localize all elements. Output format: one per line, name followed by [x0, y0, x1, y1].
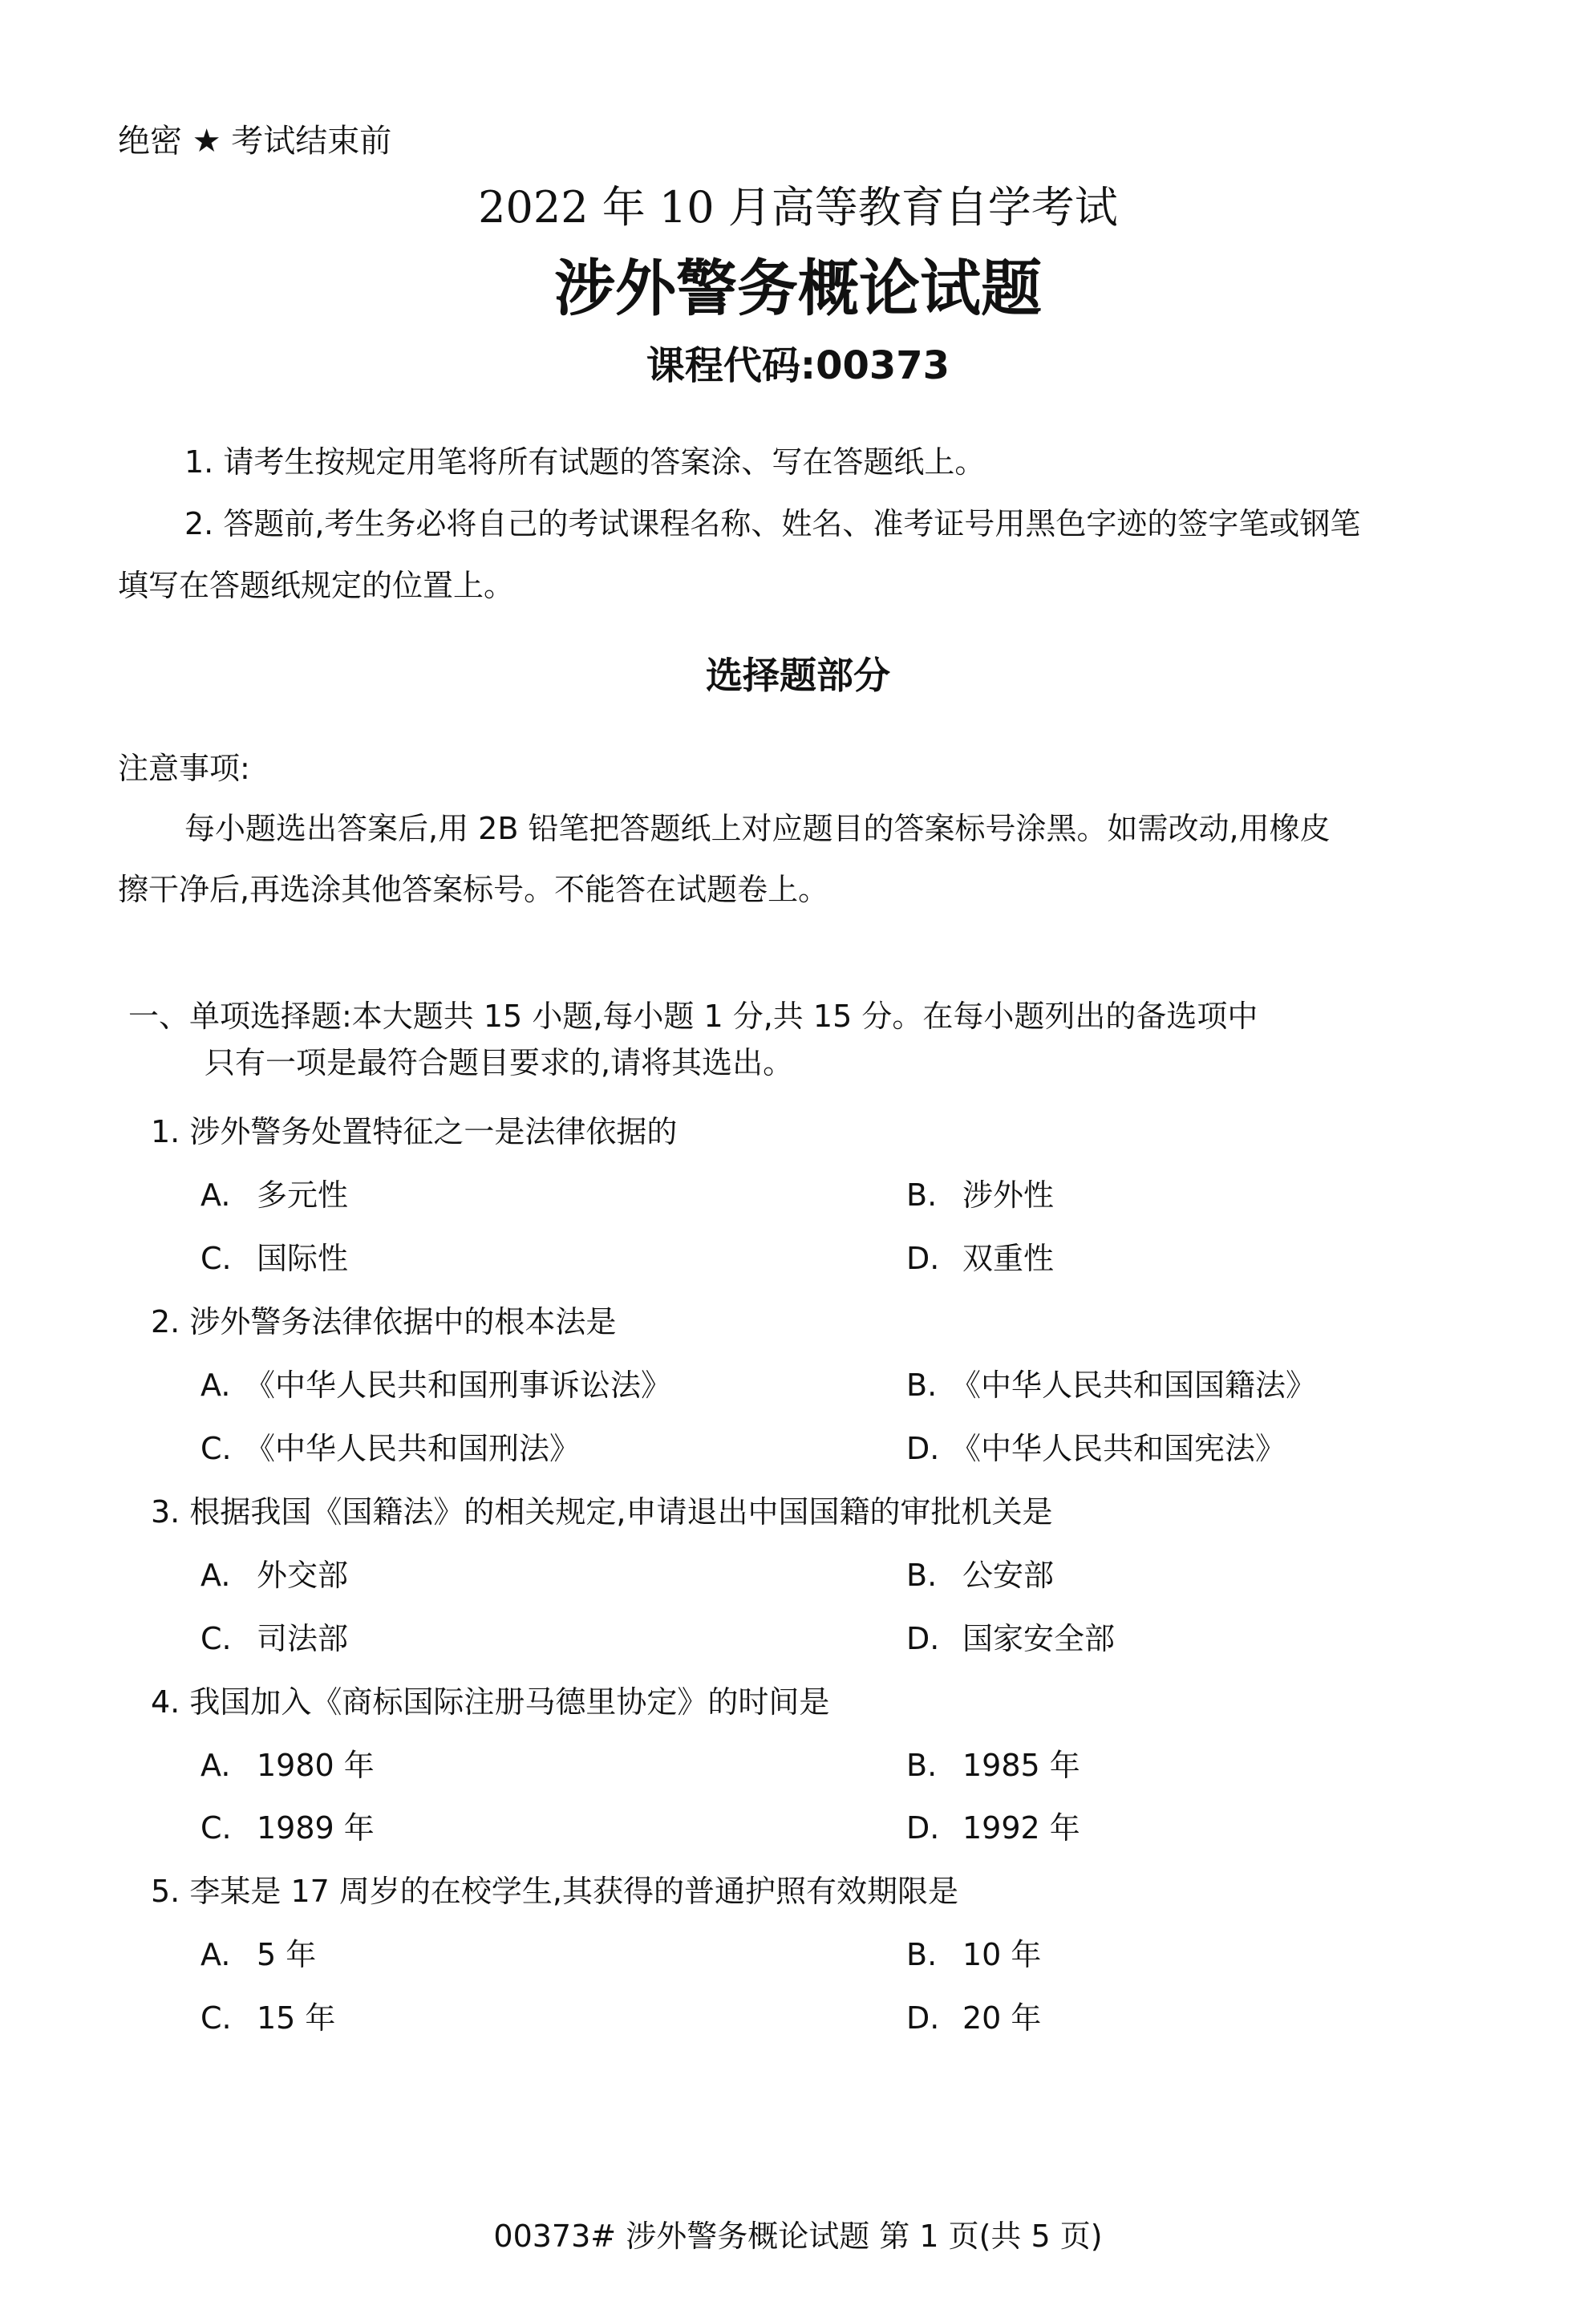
exam-session-line: 2022 年 10 月高等教育自学考试 — [0, 183, 1596, 233]
option-text: 双重性 — [962, 1241, 1054, 1276]
option-text: 5 年 — [257, 1937, 316, 1972]
option-label: A. — [201, 1367, 245, 1404]
part1-header-line2: 只有一项是最符合题目要求的,请将其选出。 — [205, 1044, 793, 1081]
option-2c: C.《中华人民共和国刑法》 — [201, 1430, 580, 1467]
option-text: 1992 年 — [962, 1810, 1080, 1846]
option-2d: D.《中华人民共和国宪法》 — [906, 1430, 1286, 1467]
option-label: D. — [906, 1620, 962, 1657]
option-1a: A.多元性 — [201, 1177, 348, 1214]
option-1b: B.涉外性 — [906, 1177, 1054, 1214]
option-2b: B.《中华人民共和国国籍法》 — [906, 1367, 1316, 1404]
option-label: B. — [906, 1177, 962, 1214]
option-label: D. — [906, 1430, 950, 1467]
option-label: B. — [906, 1367, 950, 1404]
option-label: D. — [906, 1240, 962, 1277]
option-text: 1980 年 — [257, 1748, 375, 1783]
page-title: 涉外警务概论试题 — [0, 255, 1596, 322]
option-label: C. — [201, 1809, 257, 1846]
option-1c: C.国际性 — [201, 1240, 348, 1277]
option-label: C. — [201, 1240, 257, 1277]
question-text: 涉外警务处置特征之一是法律依据的 — [189, 1114, 677, 1149]
section-title: 选择题部分 — [0, 654, 1596, 697]
option-4a: A.1980 年 — [201, 1747, 375, 1784]
option-label: A. — [201, 1747, 257, 1784]
instruction-item-1: 1. 请考生按规定用笔将所有试题的答案涂、写在答题纸上。 — [184, 444, 985, 480]
option-text: 15 年 — [257, 2000, 335, 2036]
question-2: 2. 涉外警务法律依据中的根本法是 — [151, 1303, 616, 1340]
question-number: 5. — [151, 1874, 180, 1909]
question-3: 3. 根据我国《国籍法》的相关规定,申请退出中国国籍的审批机关是 — [151, 1493, 1052, 1530]
option-label: C. — [201, 2000, 257, 2036]
option-3a: A.外交部 — [201, 1557, 348, 1594]
option-label: A. — [201, 1936, 257, 1973]
question-text: 李某是 17 周岁的在校学生,其获得的普通护照有效期限是 — [189, 1874, 958, 1909]
confidential-label: 绝密 ★ 考试结束前 — [118, 122, 391, 160]
question-number: 1. — [151, 1114, 180, 1149]
option-label: D. — [906, 1809, 962, 1846]
option-4d: D.1992 年 — [906, 1809, 1080, 1846]
option-4b: B.1985 年 — [906, 1747, 1080, 1784]
instruction-item-2: 2. 答题前,考生务必将自己的考试课程名称、姓名、准考证号用黑色字迹的签字笔或钢… — [184, 505, 1360, 542]
option-2a: A.《中华人民共和国刑事诉讼法》 — [201, 1367, 671, 1404]
option-label: D. — [906, 2000, 962, 2036]
question-5: 5. 李某是 17 周岁的在校学生,其获得的普通护照有效期限是 — [151, 1873, 958, 1910]
notice-text-line2: 擦干净后,再选涂其他答案标号。不能答在试题卷上。 — [118, 871, 828, 908]
option-text: 《中华人民共和国国籍法》 — [950, 1368, 1316, 1403]
question-text: 涉外警务法律依据中的根本法是 — [189, 1304, 616, 1339]
option-label: B. — [906, 1557, 962, 1594]
option-text: 20 年 — [962, 2000, 1041, 2036]
question-number: 4. — [151, 1684, 180, 1720]
option-text: 《中华人民共和国刑事诉讼法》 — [245, 1368, 671, 1403]
option-text: 《中华人民共和国刑法》 — [245, 1431, 580, 1466]
notice-text-line1: 每小题选出答案后,用 2B 铅笔把答题纸上对应题目的答案标号涂黑。如需改动,用橡… — [184, 810, 1331, 847]
option-label: C. — [201, 1430, 245, 1467]
option-4c: C.1989 年 — [201, 1809, 375, 1846]
option-text: 《中华人民共和国宪法》 — [950, 1431, 1286, 1466]
question-4: 4. 我国加入《商标国际注册马德里协定》的时间是 — [151, 1684, 829, 1720]
option-label: A. — [201, 1177, 257, 1214]
option-5a: A.5 年 — [201, 1936, 316, 1973]
instruction-item-2-cont: 填写在答题纸规定的位置上。 — [118, 567, 514, 604]
question-text: 我国加入《商标国际注册马德里协定》的时间是 — [189, 1684, 829, 1720]
option-text: 10 年 — [962, 1937, 1041, 1972]
question-number: 2. — [151, 1304, 180, 1339]
option-label: B. — [906, 1936, 962, 1973]
option-3c: C.司法部 — [201, 1620, 348, 1657]
option-text: 外交部 — [257, 1558, 348, 1593]
course-code: 课程代码:00373 — [0, 343, 1596, 388]
question-text: 根据我国《国籍法》的相关规定,申请退出中国国籍的审批机关是 — [189, 1494, 1052, 1530]
option-3d: D.国家安全部 — [906, 1620, 1115, 1657]
option-5c: C.15 年 — [201, 2000, 335, 2036]
option-label: B. — [906, 1747, 962, 1784]
option-text: 1985 年 — [962, 1748, 1080, 1783]
option-label: C. — [201, 1620, 257, 1657]
option-text: 公安部 — [962, 1558, 1054, 1593]
option-text: 司法部 — [257, 1621, 348, 1656]
option-text: 国家安全部 — [962, 1621, 1115, 1656]
option-text: 涉外性 — [962, 1177, 1054, 1213]
question-1: 1. 涉外警务处置特征之一是法律依据的 — [151, 1113, 677, 1150]
option-5b: B.10 年 — [906, 1936, 1041, 1973]
option-label: A. — [201, 1557, 257, 1594]
option-text: 国际性 — [257, 1241, 348, 1276]
part1-header-line1: 一、单项选择题:本大题共 15 小题,每小题 1 分,共 15 分。在每小题列出… — [128, 998, 1258, 1035]
option-text: 1989 年 — [257, 1810, 375, 1846]
option-3b: B.公安部 — [906, 1557, 1054, 1594]
option-1d: D.双重性 — [906, 1240, 1054, 1277]
page-footer: 00373# 涉外警务概论试题 第 1 页(共 5 页) — [0, 2218, 1596, 2255]
option-text: 多元性 — [257, 1177, 348, 1213]
option-5d: D.20 年 — [906, 2000, 1041, 2036]
question-number: 3. — [151, 1494, 180, 1530]
notice-label: 注意事项: — [118, 750, 250, 787]
